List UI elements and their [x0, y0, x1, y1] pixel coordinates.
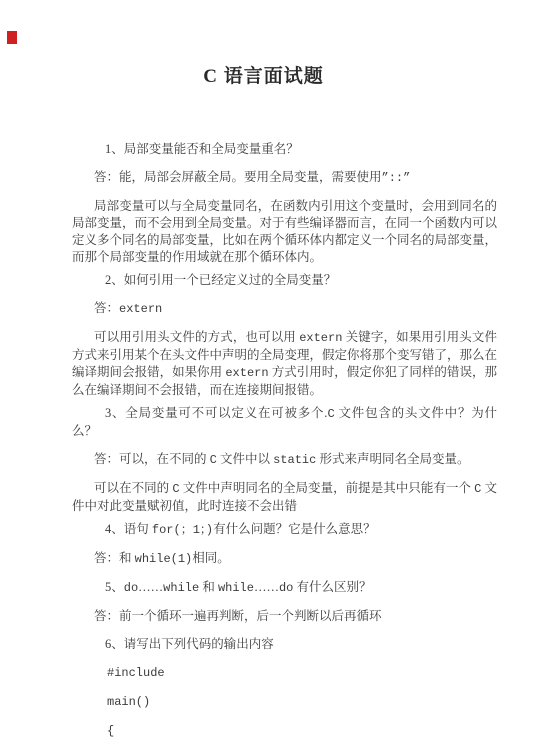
text-run: 1、局部变量能否和全局变量重名？ — [105, 142, 299, 156]
text-run: 3、全局变量可不可以定义在可被多个. — [105, 406, 327, 420]
answer-paragraph: 答：和 while(1)相同。 — [72, 550, 497, 568]
answer-paragraph: 答：extern — [72, 300, 497, 318]
explain-paragraph: 可以用引用头文件的方式，也可以用 extern 关键字，如果用引用头文件方式来引… — [72, 329, 497, 399]
answer-paragraph: 答：能，局部会屏蔽全局。要用全局变量，需要使用”::” — [72, 169, 497, 187]
code-run: extern — [119, 302, 162, 316]
text-run: 答：可以，在不同的 — [94, 452, 210, 466]
text-run: 有什么问题？它是什么意思？ — [213, 522, 376, 536]
code-run: for(；1；) — [152, 523, 213, 537]
question-paragraph: 1、局部变量能否和全局变量重名？ — [72, 141, 497, 158]
code-run: { — [107, 724, 114, 738]
text-run: 相同。 — [192, 551, 230, 565]
code-run: C — [210, 453, 217, 467]
code-run: ”::” — [382, 171, 411, 185]
text-run: 答：和 — [94, 551, 135, 565]
code-run: static — [273, 453, 316, 467]
text-run: 局部变量可以与全局变量同名，在函数内引用这个变量时，会用到同名的局部变量，而不会… — [72, 199, 497, 264]
code-run: do — [279, 581, 293, 595]
explain-paragraph: 可以在不同的 C 文件中声明同名的全局变量，前提是其中只能有一个 C 文件中对此… — [72, 480, 497, 515]
question-paragraph: 6、请写出下列代码的输出内容 — [72, 636, 497, 653]
text-run: …… — [138, 580, 163, 594]
text-run: 和 — [199, 580, 218, 594]
text-run: 2、如何引用一个已经定义过的全局变量？ — [105, 273, 336, 287]
answer-paragraph: 答：可以，在不同的 C 文件中以 static 形式来声明同名全局变量。 — [72, 451, 497, 469]
question-paragraph: 3、全局变量可不可以定义在可被多个.C 文件包含的头文件中？为什么？ — [72, 405, 497, 440]
text-run: 5、 — [105, 580, 124, 594]
code-run: do — [124, 581, 138, 595]
text-run: 答： — [94, 301, 119, 315]
code-run: while(1) — [135, 552, 193, 566]
question-paragraph: 5、do……while 和 while……do 有什么区别？ — [72, 579, 497, 597]
document-content: C 语言面试题 1、局部变量能否和全局变量重名？答：能，局部会屏蔽全局。要用全局… — [72, 64, 497, 746]
text-run: 文件中以 — [217, 452, 273, 466]
text-run: 答：能，局部会屏蔽全局。要用全局变量，需要使用 — [94, 170, 382, 184]
text-run: 可以在不同的 — [94, 481, 172, 495]
text-run: 文件中声明同名的全局变量，前提是其中只能有一个 — [180, 481, 475, 495]
answer-paragraph: 答：前一个循环一遍再判断，后一个判断以后再循环 — [72, 608, 497, 625]
text-run: …… — [254, 580, 279, 594]
code-paragraph: { — [72, 722, 497, 740]
code-paragraph: main() — [72, 693, 497, 711]
text-run: 形式来声明同名全局变量。 — [316, 452, 469, 466]
explain-paragraph: 局部变量可以与全局变量同名，在函数内引用这个变量时，会用到同名的局部变量，而不会… — [72, 198, 497, 266]
code-run: C — [327, 407, 334, 421]
text-run: 答：前一个循环一遍再判断，后一个判断以后再循环 — [94, 609, 382, 623]
code-paragraph: #include — [72, 664, 497, 682]
code-run: extern — [225, 366, 268, 380]
document-title: C 语言面试题 — [72, 64, 455, 90]
code-run: while — [163, 581, 199, 595]
code-run: extern — [299, 331, 342, 345]
question-paragraph: 4、语句 for(；1；)有什么问题？它是什么意思？ — [72, 521, 497, 539]
document-page: C 语言面试题 1、局部变量能否和全局变量重名？答：能，局部会屏蔽全局。要用全局… — [0, 0, 560, 746]
code-run: #include — [107, 666, 165, 680]
text-run: 6、请写出下列代码的输出内容 — [105, 637, 274, 651]
code-run: C — [172, 482, 179, 496]
code-run: main() — [107, 695, 150, 709]
text-run: 4、语句 — [105, 522, 152, 536]
code-run: while — [218, 581, 254, 595]
question-paragraph: 2、如何引用一个已经定义过的全局变量？ — [72, 272, 497, 289]
document-body: 1、局部变量能否和全局变量重名？答：能，局部会屏蔽全局。要用全局变量，需要使用”… — [72, 141, 497, 740]
text-run: 有什么区别？ — [293, 580, 371, 594]
red-corner-marker — [7, 31, 17, 44]
text-run: 可以用引用头文件的方式，也可以用 — [94, 330, 299, 344]
